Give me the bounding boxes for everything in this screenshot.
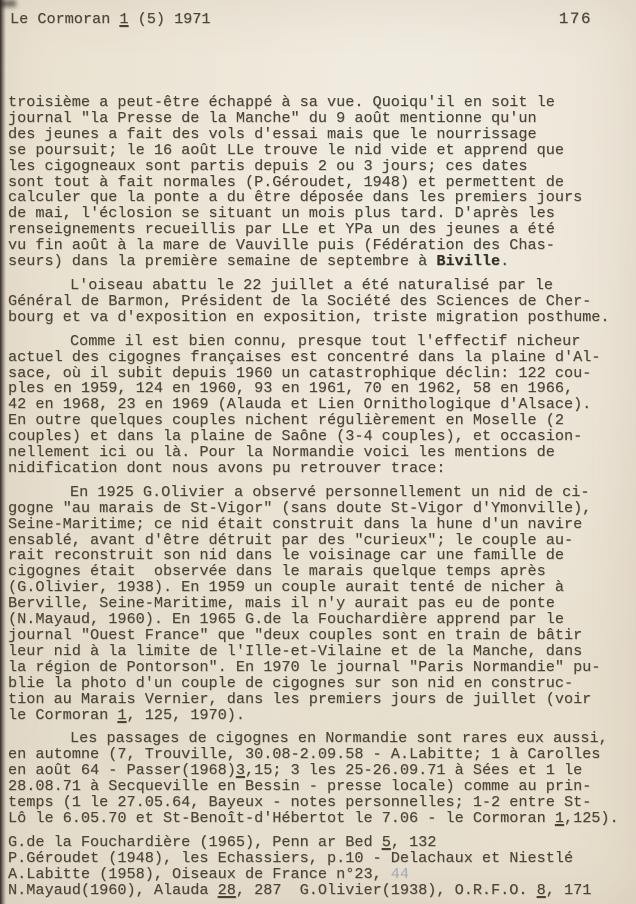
text-segment-u: 1 bbox=[119, 10, 128, 28]
text-line: N.Mayaud(1960), Alauda 28, 287 G.Olivier… bbox=[8, 883, 634, 899]
document-page: Le Cormoran 1 (5) 1971 176 troisième a p… bbox=[0, 0, 636, 904]
text-segment: . bbox=[500, 252, 509, 270]
page-number: 176 bbox=[559, 10, 592, 28]
paragraph: L'oiseau abattu le 22 juillet a été natu… bbox=[8, 278, 634, 326]
text-segment: le Cormoran bbox=[8, 706, 117, 724]
text-segment: bourg et va d'exposition en exposition, … bbox=[8, 308, 610, 326]
paragraph: En 1925 G.Olivier a observé personnellem… bbox=[8, 485, 634, 724]
text-line: nidification dont nous avons pu retrouve… bbox=[8, 461, 634, 477]
paragraph: Les passages de cigognes en Normandie so… bbox=[8, 731, 634, 826]
text-segment-u: 1 bbox=[117, 706, 126, 724]
journal-title: Le Cormoran 1 (5) 1971 bbox=[10, 10, 211, 28]
text-line: seurs) dans la première semaine de septe… bbox=[8, 254, 634, 270]
text-segment: seurs) dans la première semaine de septe… bbox=[8, 252, 436, 270]
text-segment: Lô le 6.05.70 et St-Benoît-d'Hébertot le… bbox=[8, 809, 555, 827]
text-segment-u: 28 bbox=[218, 881, 236, 899]
text-segment: Le Cormoran bbox=[10, 10, 119, 28]
text-segment-u: 8 bbox=[537, 881, 546, 899]
text-segment: , 125, 1970). bbox=[127, 706, 245, 724]
page-header: Le Cormoran 1 (5) 1971 176 bbox=[10, 10, 592, 28]
paragraph: Comme il est bien connu, presque tout l'… bbox=[8, 334, 634, 477]
scan-corner-smudge bbox=[0, 0, 16, 7]
text-line: bourg et va d'exposition en exposition, … bbox=[8, 310, 634, 326]
text-segment: , 287 G.Olivier(1938), O.R.F.O. bbox=[236, 881, 537, 899]
paragraph: troisième a peut-être échappé à sa vue. … bbox=[8, 95, 634, 270]
text-line: le Cormoran 1, 125, 1970). bbox=[8, 708, 634, 724]
text-segment: nidification dont nous avons pu retrouve… bbox=[8, 459, 445, 477]
scan-edge-shadow bbox=[0, 0, 6, 904]
references-block: G.de la Fouchardière (1965), Penn ar Bed… bbox=[8, 835, 634, 899]
text-segment: (5) 1971 bbox=[129, 10, 211, 28]
text-segment: , 171 bbox=[546, 881, 592, 899]
text-segment: ,125). bbox=[564, 809, 619, 827]
text-segment-b: Biville bbox=[436, 252, 500, 270]
text-segment: N.Mayaud(1960), Alauda bbox=[8, 881, 218, 899]
document-body: troisième a peut-être échappé à sa vue. … bbox=[8, 95, 634, 904]
text-line: Lô le 6.05.70 et St-Benoît-d'Hébertot le… bbox=[8, 811, 634, 827]
text-segment-u: 1 bbox=[555, 809, 564, 827]
